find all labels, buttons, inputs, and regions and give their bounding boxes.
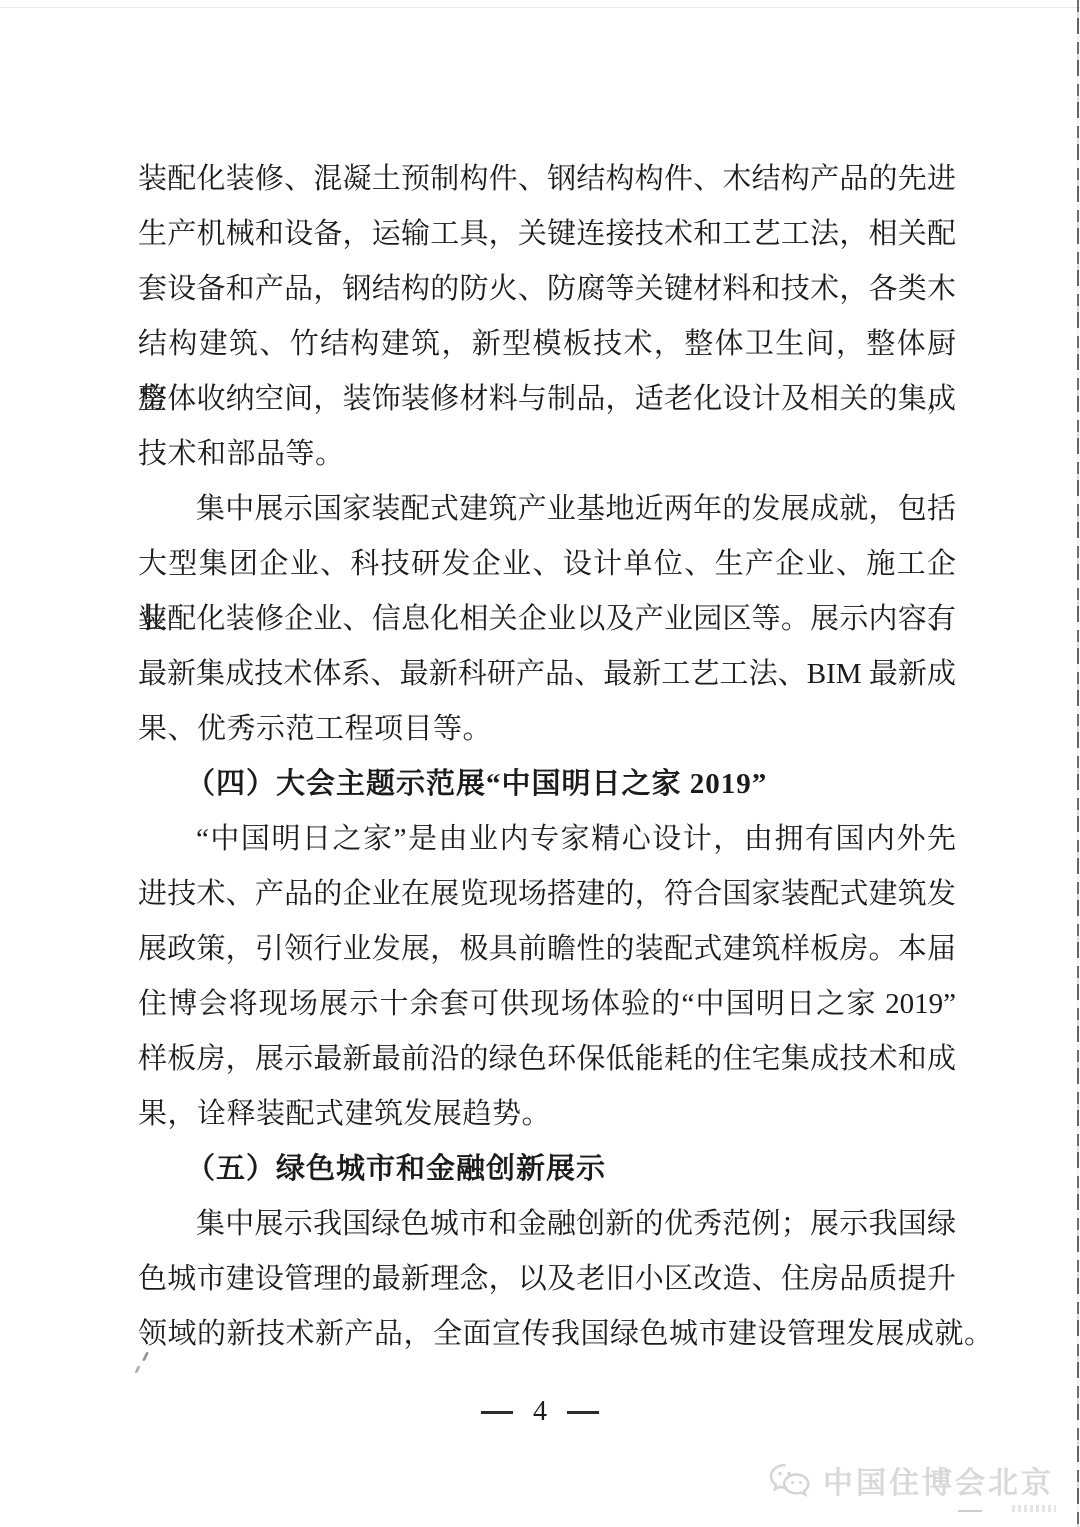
paragraph-line: 套设备和产品，钢结构的防火、防腐等关键材料和技术，各类木 [138, 262, 956, 317]
page-number: 4 [533, 1398, 547, 1426]
scan-artifact-dash [958, 1510, 982, 1512]
paragraph-line: 领域的新技术新产品，全面宣传我国绿色城市建设管理发展成就。 [138, 1307, 956, 1362]
paragraph-line: 色城市建设管理的最新理念，以及老旧小区改造、住房品质提升 [138, 1252, 956, 1307]
scan-artifact-top-line [0, 7, 1080, 8]
paragraph-line: 果，诠释装配式建筑发展趋势。 [138, 1087, 956, 1142]
scan-speck [134, 1366, 140, 1373]
section-heading: （四）大会主题示范展“中国明日之家 2019” [138, 757, 956, 812]
document-body: 装配化装修、混凝土预制构件、钢结构构件、木结构产品的先进生产机械和设备，运输工具… [138, 152, 956, 1362]
footer-dash-right [567, 1411, 599, 1414]
paragraph-line: 生产机械和设备，运输工具，关键连接技术和工艺工法，相关配 [138, 207, 956, 262]
paragraph-line: 果、优秀示范工程项目等。 [138, 702, 956, 757]
paragraph-line: “中国明日之家”是由业内专家精心设计，由拥有国内外先 [138, 812, 956, 867]
section-heading: （五）绿色城市和金融创新展示 [138, 1142, 956, 1197]
paragraph-line: 装配化装修、混凝土预制构件、钢结构构件、木结构产品的先进 [138, 152, 956, 207]
paragraph-line: 集中展示我国绿色城市和金融创新的优秀范例；展示我国绿 [138, 1197, 956, 1252]
paragraph-line: 样板房，展示最新最前沿的绿色环保低能耗的住宅集成技术和成 [138, 1032, 956, 1087]
paragraph-line: 集中展示国家装配式建筑产业基地近两年的发展成就，包括 [138, 482, 956, 537]
paragraph-line: 装配化装修企业、信息化相关企业以及产业园区等。展示内容有 [138, 592, 956, 647]
paragraph-line: 住博会将现场展示十余套可供现场体验的“中国明日之家 2019” [138, 977, 956, 1032]
paragraph-line: 展政策，引领行业发展，极具前瞻性的装配式建筑样板房。本届 [138, 922, 956, 977]
scan-artifact-specks [134, 1352, 154, 1382]
scan-artifact-right-edge [1077, 0, 1079, 1527]
watermark: 中国住博会北京 [769, 1458, 1054, 1502]
paragraph-line: 最新集成技术体系、最新科研产品、最新工艺工法、BIM 最新成 [138, 647, 956, 702]
paragraph-line: 整体收纳空间，装饰装修材料与制品，适老化设计及相关的集成 [138, 372, 956, 427]
page-footer: 4 [0, 1398, 1080, 1426]
paragraph-line: 大型集团企业、科技研发企业、设计单位、生产企业、施工企业、 [138, 537, 956, 592]
paragraph-line: 进技术、产品的企业在展览现场搭建的，符合国家装配式建筑发 [138, 867, 956, 922]
scan-artifact-smudge [1012, 1505, 1056, 1512]
footer-dash-left [481, 1411, 513, 1414]
paragraph-line: 结构建筑、竹结构建筑，新型模板技术，整体卫生间，整体厨房， [138, 317, 956, 372]
wechat-icon [769, 1462, 811, 1498]
scanned-document-page: 装配化装修、混凝土预制构件、钢结构构件、木结构产品的先进生产机械和设备，运输工具… [0, 0, 1080, 1527]
scan-speck [142, 1352, 149, 1361]
paragraph-line: 技术和部品等。 [138, 427, 956, 482]
watermark-label: 中国住博会北京 [823, 1458, 1054, 1502]
